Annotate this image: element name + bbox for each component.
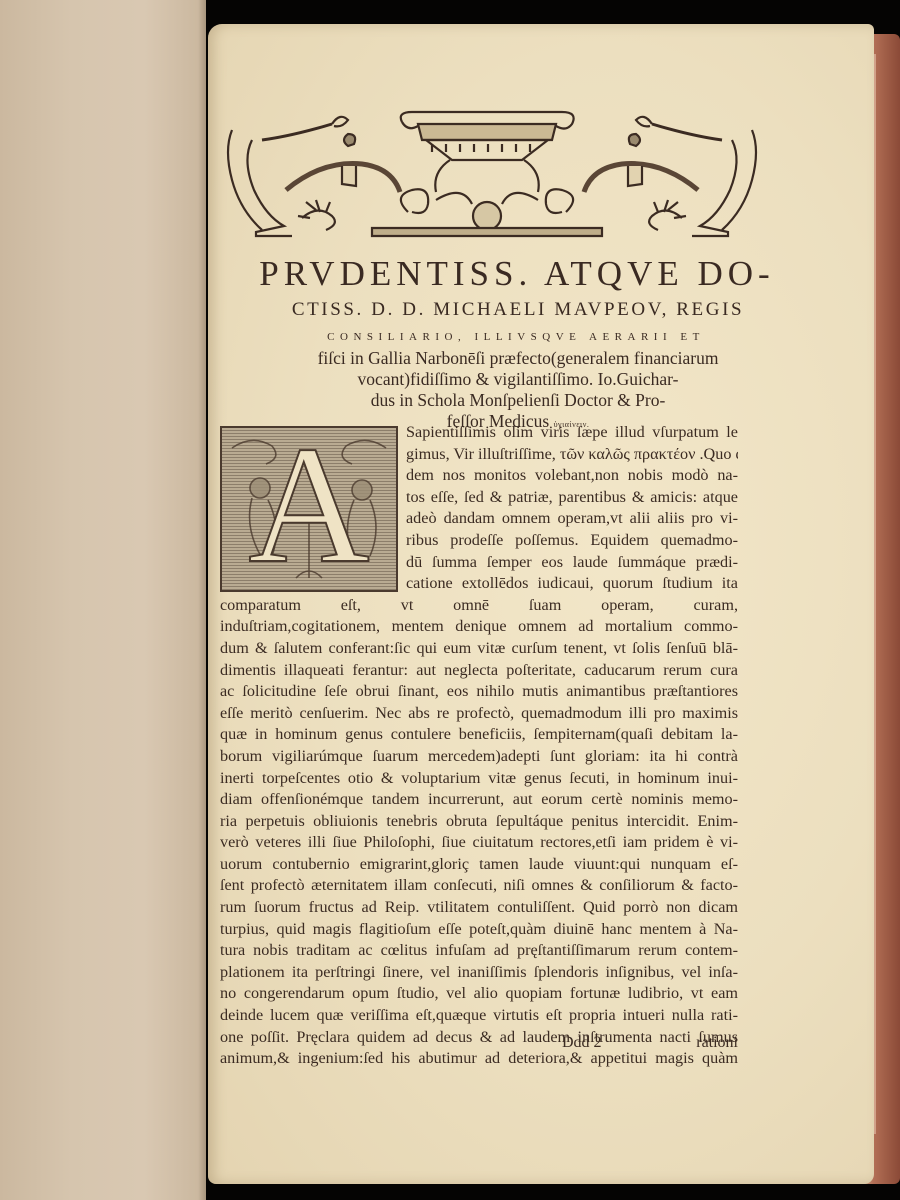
signature-mark: Ddd 2 (562, 1034, 602, 1052)
body-line: induſtriam,cogitationem, mentem denique … (220, 616, 738, 638)
body-line: dem nos monitos volebant,non nobis modò … (406, 465, 738, 487)
catchword: rationi (696, 1034, 738, 1052)
left-facing-page (0, 0, 206, 1200)
body-line: tos eſſe, ſed & patriæ, parentibus & ami… (406, 487, 738, 509)
title-line-5: vocant)fidiſſimo & vigilantiſſimo. Io.Gu… (162, 369, 874, 390)
body-line: uorum contubernio emigrarint,gloriç tame… (220, 854, 738, 876)
body-line: no congerendarum opum ſtudio, vel alio q… (220, 983, 738, 1005)
body-line: dū ſumma ſemper eos laude ſummáque prædi… (406, 552, 738, 574)
title-line-1: PRVDENTISS. ATQVE DO- (160, 254, 874, 294)
decorated-initial-a: A (220, 426, 398, 592)
dedication-title: PRVDENTISS. ATQVE DO- CTISS. D. D. MICHA… (208, 254, 874, 435)
initial-letter: A (222, 420, 396, 590)
body-line: dimentis illaqueati ferantur: aut neglec… (220, 660, 738, 682)
title-line-2: CTISS. D. D. MICHAELI MAVPEOV, REGIS (162, 294, 874, 326)
title-line-3: CONSILIARIO, ILLIVSQVE AERARII ET (158, 326, 874, 348)
body-line: plationem ita perſtringi ſinere, vel ina… (220, 962, 738, 984)
body-line: tura nobis traditam ac cœlitus infuſam a… (220, 940, 738, 962)
body-line: eſſe meritò cenſuerim. Nec abs re profec… (220, 703, 738, 725)
body-line: ribus prodeſſe poſſemus. Equidem quemadm… (406, 530, 738, 552)
body-line: adeò dandam omnem operam,vt alii aliis p… (406, 508, 738, 530)
body-line: rum ſuorum fructus ad Reip. vtilitatem c… (220, 897, 738, 919)
body-line: deinde lucem quæ veriſſima eſt,quæque vi… (220, 1005, 738, 1027)
body-line: ſent profectò æternitatem illam conſecut… (220, 875, 738, 897)
title-line-4: fiſci in Gallia Narbonēſi præfecto(gener… (162, 348, 874, 369)
title-line-6: dus in Schola Monſpelienſi Doctor & Pro- (162, 390, 874, 411)
body-line: diam offenſionémque tandem incurrerunt, … (220, 789, 738, 811)
book-page: PRVDENTISS. ATQVE DO- CTISS. D. D. MICHA… (208, 24, 874, 1184)
body-line: ac ſolicitudine ſeſe obrui ſinant, eos n… (220, 681, 738, 703)
body-line: verò veteres illi ſiue Philoſophi, ſiue … (220, 832, 738, 854)
woodcut-headpiece-ornament (222, 100, 762, 244)
body-line: catione extollēdos iudicaui, quorum ſtud… (406, 573, 738, 595)
body-line: Sapientiſſimis olim viris ſæpe illud vſu… (406, 422, 738, 444)
body-line: borum vigiliarúmque ſuarum mercedem)adep… (220, 746, 738, 768)
body-line: turpius, quid magis flagitioſum eſſe pot… (220, 919, 738, 941)
body-line: inerti torpeſcentes otio & voluptarium v… (220, 768, 738, 790)
body-text: A Sapientiſſimis olim viris ſæpe illud v… (220, 422, 738, 1070)
body-line: quæ in hominum genus contulere beneficii… (220, 724, 738, 746)
body-line: dum & ſalutem conferant:ſic qui eum vitæ… (220, 638, 738, 660)
page-footer: Ddd 2 rationi (220, 1034, 738, 1056)
body-line: ria perpetuis obliuionis tenebris obruta… (220, 811, 738, 833)
body-line: gimus, Vir illuſtriſſime, τῶν καλῶς πρακ… (406, 444, 738, 466)
